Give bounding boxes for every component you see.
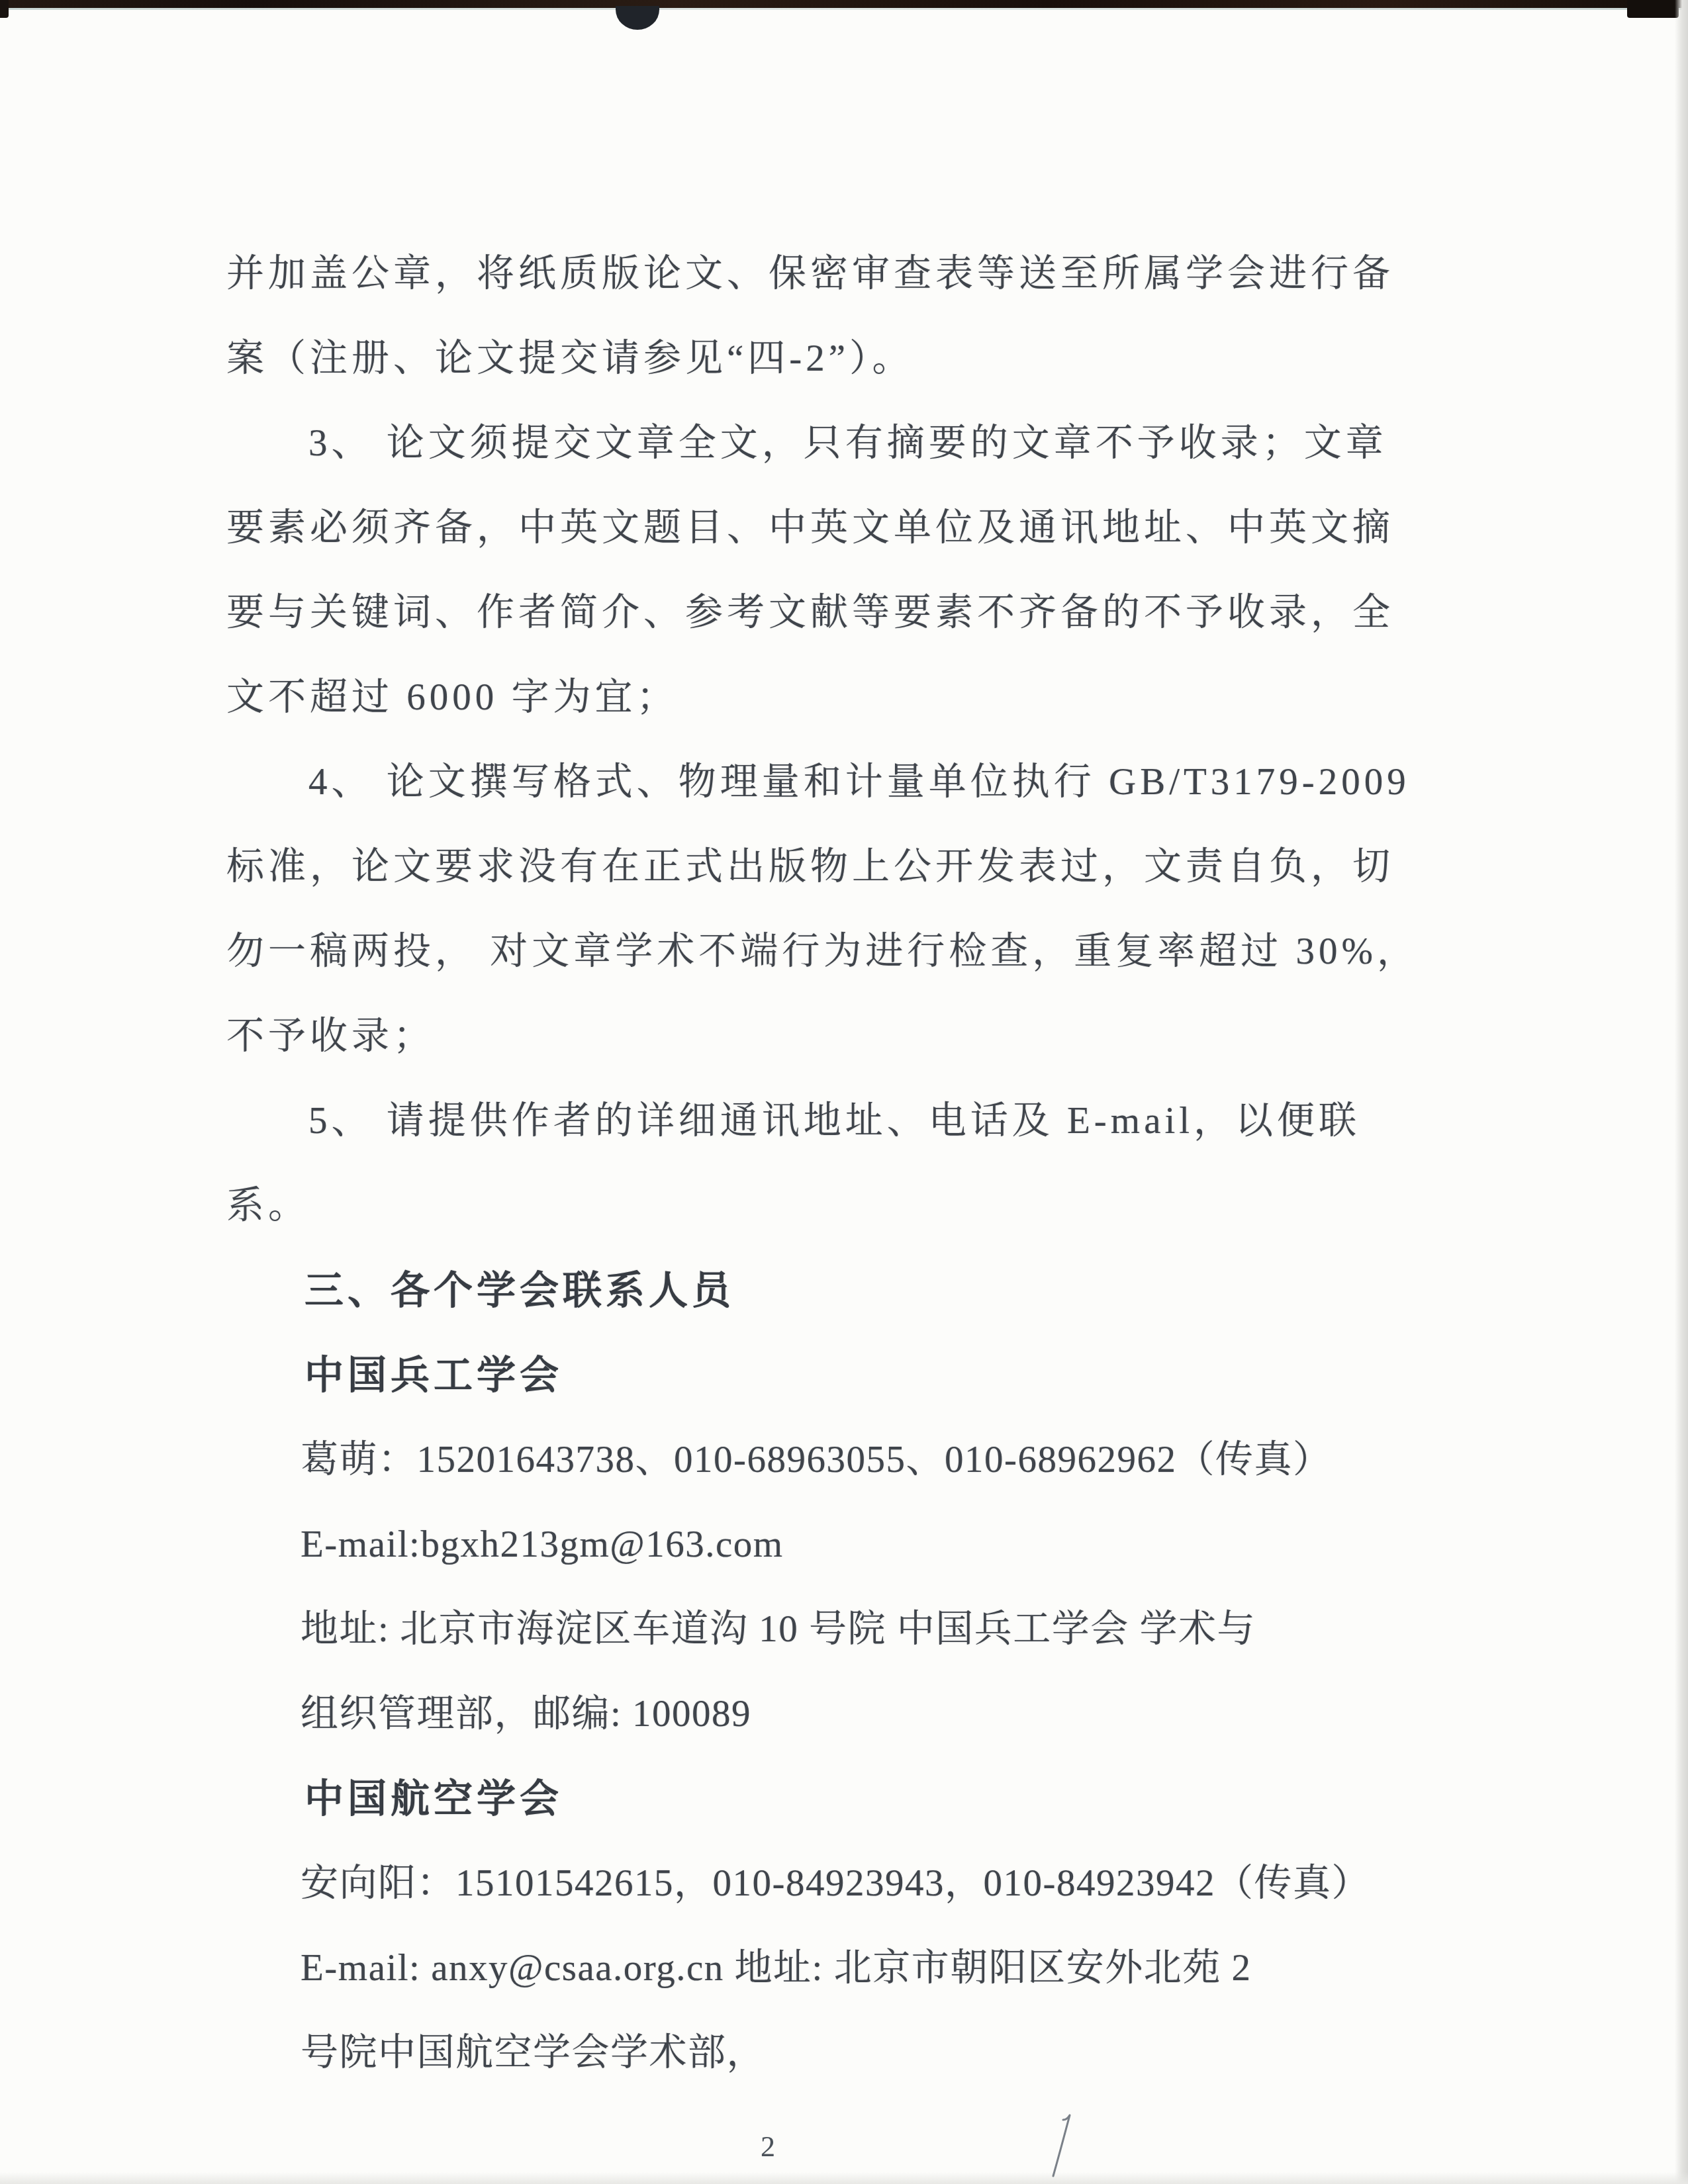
contact-phone-line: 葛萌：15201643738、010-68963055、010-68962962… (226, 1418, 1418, 1502)
society-name-aeronautics: 中国航空学会 (226, 1756, 1418, 1841)
page-number: 2 (725, 2130, 811, 2163)
paragraph-item-3: 3、 论文须提交文章全文，只有摘要的文章不予收录；文章 (226, 401, 1418, 486)
contact-email-address-line: E-mail: anxy@csaa.org.cn 地址: 北京市朝阳区安外北苑 … (226, 1926, 1418, 2011)
paragraph-item-4: 4、 论文撰写格式、物理量和计量单位执行 GB/T3179-2009 (226, 740, 1418, 825)
contact-address-line: 组织管理部，邮编: 100089 (226, 1672, 1418, 1756)
paragraph-line: 不予收录； (226, 994, 1418, 1079)
society-name-ordnance: 中国兵工学会 (226, 1333, 1418, 1418)
section-heading-contacts: 三、各个学会联系人员 (226, 1248, 1418, 1333)
contact-phone-line: 安向阳：15101542615，010-84923943，010-8492394… (226, 1841, 1418, 1926)
contact-email-line: E-mail:bgxh213gm@163.com (226, 1502, 1418, 1587)
pen-stroke-icon (1049, 2113, 1072, 2178)
paragraph-line: 要与关键词、作者简介、参考文献等要素不齐备的不予收录，全 (226, 570, 1418, 655)
paragraph-line: 案（注册、论文提交请参见“四-2”）。 (226, 316, 1418, 401)
contact-address-line: 地址: 北京市海淀区车道沟 10 号院 中国兵工学会 学术与 (226, 1587, 1418, 1672)
scan-edge-bottom (0, 2172, 1688, 2184)
paragraph-item-5: 5、 请提供作者的详细通讯地址、电话及 E-mail，以便联 (226, 1079, 1418, 1163)
scan-artifact-blob (616, 6, 659, 30)
scanned-document-page: 并加盖公章，将纸质版论文、保密审查表等送至所属学会进行备 案（注册、论文提交请参… (0, 0, 1688, 2184)
paragraph-line: 勿一稿两投， 对文章学术不端行为进行检查，重复率超过 30%， (226, 909, 1418, 994)
document-body: 并加盖公章，将纸质版论文、保密审查表等送至所属学会进行备 案（注册、论文提交请参… (226, 232, 1418, 2095)
paragraph-line: 标准，论文要求没有在正式出版物上公开发表过，文责自负，切 (226, 825, 1418, 909)
scan-edge-top-left (0, 0, 9, 18)
paragraph-line: 要素必须齐备，中英文题目、中英文单位及通讯地址、中英文摘 (226, 486, 1418, 570)
paragraph-line: 文不超过 6000 字为宜； (226, 655, 1418, 740)
scan-edge-top-right (1627, 0, 1679, 18)
scan-edge-highlight (0, 8, 1688, 10)
paragraph-line: 并加盖公章，将纸质版论文、保密审查表等送至所属学会进行备 (226, 232, 1418, 316)
paragraph-line: 系。 (226, 1163, 1418, 1248)
scan-edge-right (1675, 0, 1688, 2184)
contact-address-line: 号院中国航空学会学术部， (226, 2011, 1418, 2095)
scan-edge-top-bar (0, 0, 1688, 8)
